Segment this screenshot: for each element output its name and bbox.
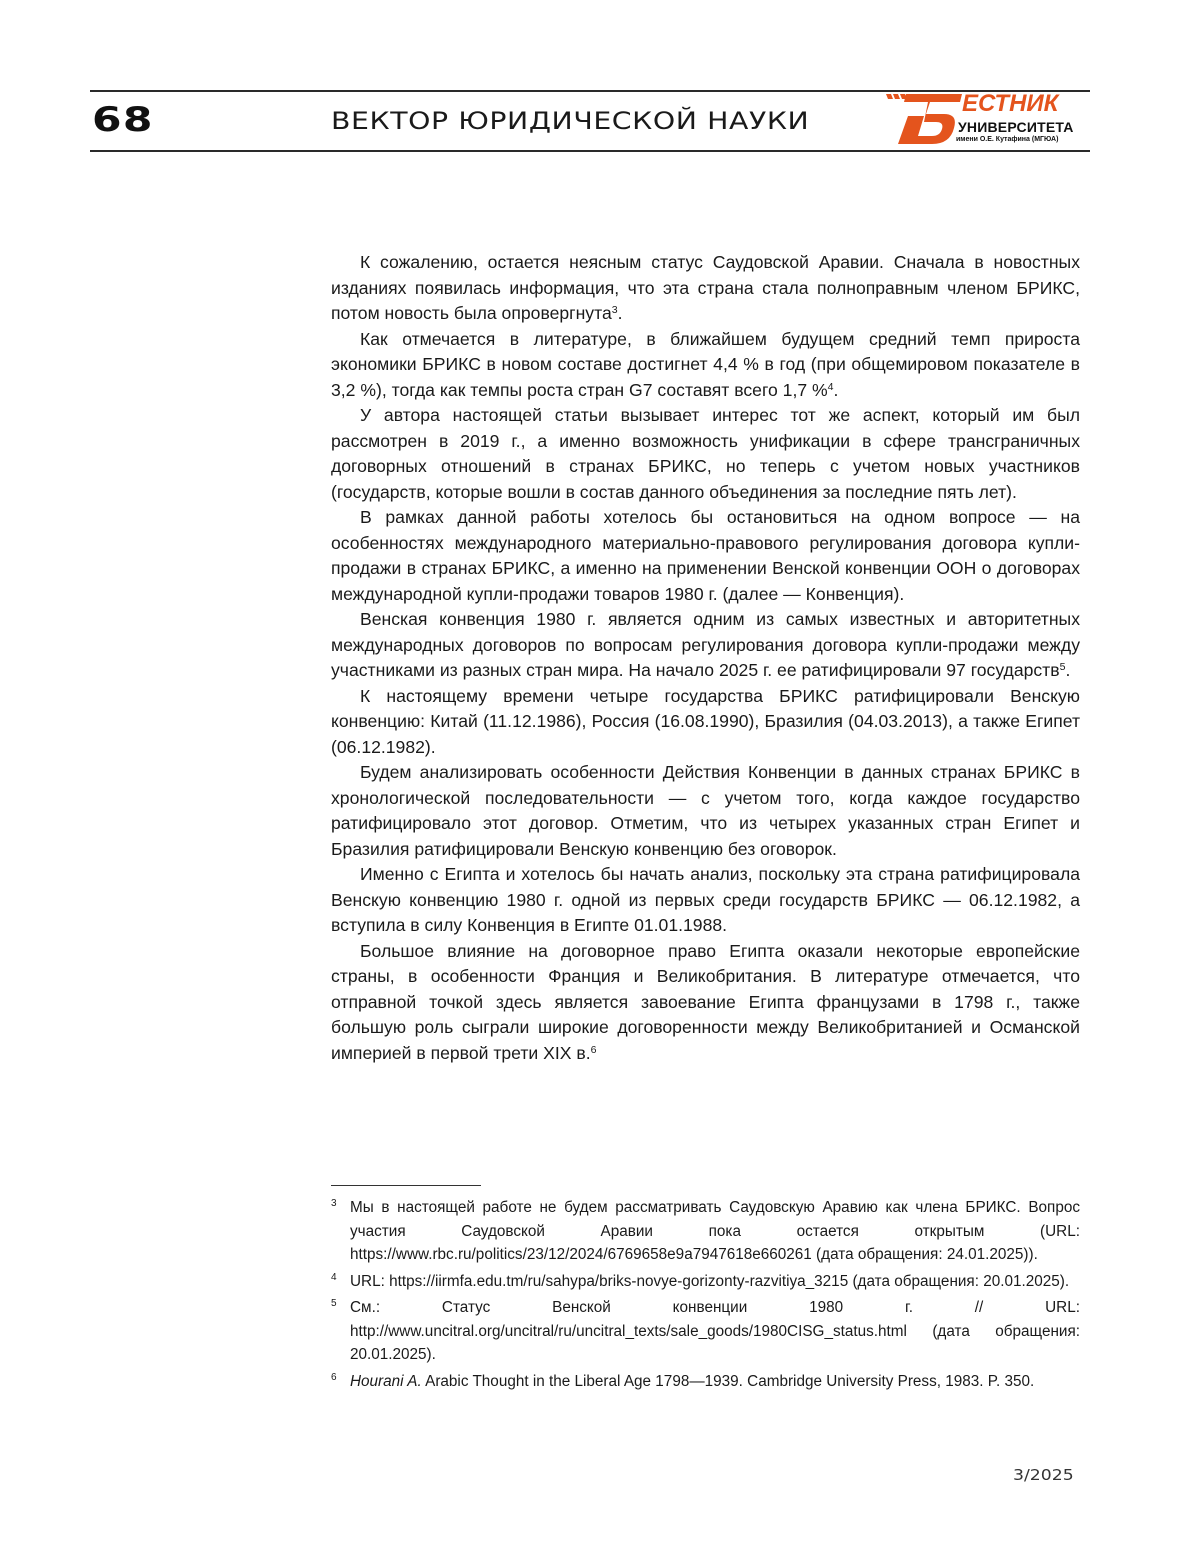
footnote-text: Мы в настоящей работе не будем рассматри… xyxy=(350,1199,1080,1263)
footnotes: 3Мы в настоящей работе не будем рассматр… xyxy=(331,1196,1080,1396)
paragraph: К настоящему времени четыре государства … xyxy=(331,684,1080,761)
page-number: 68 xyxy=(92,100,154,140)
footnote-text: См.: Статус Венской конвенции 1980 г. //… xyxy=(350,1299,1080,1363)
footnote-text: Arabic Thought in the Liberal Age 1798—1… xyxy=(422,1373,1035,1390)
footnote: 6Hourani A. Arabic Thought in the Libera… xyxy=(331,1370,1080,1394)
footnote-author: Hourani A. xyxy=(350,1373,422,1390)
paragraph: Большое влияние на договорное право Егип… xyxy=(331,939,1080,1067)
footnote-number: 4 xyxy=(331,1266,337,1290)
paragraph: Будем анализировать особенности Действия… xyxy=(331,760,1080,862)
footnote: 5См.: Статус Венской конвенции 1980 г. /… xyxy=(331,1296,1080,1367)
footnote: 3Мы в настоящей работе не будем рассматр… xyxy=(331,1196,1080,1267)
footnote-number: 6 xyxy=(331,1366,337,1390)
paragraph: Венская конвенция 1980 г. является одним… xyxy=(331,607,1080,684)
paragraph: В рамках данной работы хотелось бы остан… xyxy=(331,505,1080,607)
footnote-text: URL: https://iirmfa.edu.tm/ru/sahypa/bri… xyxy=(350,1273,1069,1290)
header-bottom-rule xyxy=(90,150,1090,152)
journal-logo: ЕСТНИК УНИВЕРСИТЕТА имени О.Е. Кутафина … xyxy=(884,92,1090,148)
article-body: К сожалению, остается неясным статус Сау… xyxy=(331,250,1080,1066)
footnote-number: 3 xyxy=(331,1192,337,1216)
footnote-number: 5 xyxy=(331,1292,337,1316)
paragraph: Именно с Египта и хотелось бы начать ана… xyxy=(331,862,1080,939)
footnote-separator xyxy=(331,1185,481,1186)
issue-number: 3/2025 xyxy=(1013,1466,1074,1484)
paragraph: У автора настоящей статьи вызывает интер… xyxy=(331,403,1080,505)
logo-title: ЕСТНИК xyxy=(962,92,1058,116)
logo-subtitle: УНИВЕРСИТЕТА xyxy=(958,120,1074,134)
paragraph: К сожалению, остается неясным статус Сау… xyxy=(331,250,1080,327)
logo-tagline: имени О.Е. Кутафина (МГЮА) xyxy=(956,136,1058,144)
footnote-ref[interactable]: 6 xyxy=(591,1044,597,1056)
running-title: ВЕКТОР ЮРИДИЧЕСКОЙ НАУКИ xyxy=(331,107,809,135)
paragraph: Как отмечается в литературе, в ближайшем… xyxy=(331,327,1080,404)
vestnik-logo-icon xyxy=(884,92,964,148)
footnote: 4URL: https://iirmfa.edu.tm/ru/sahypa/br… xyxy=(331,1270,1080,1294)
